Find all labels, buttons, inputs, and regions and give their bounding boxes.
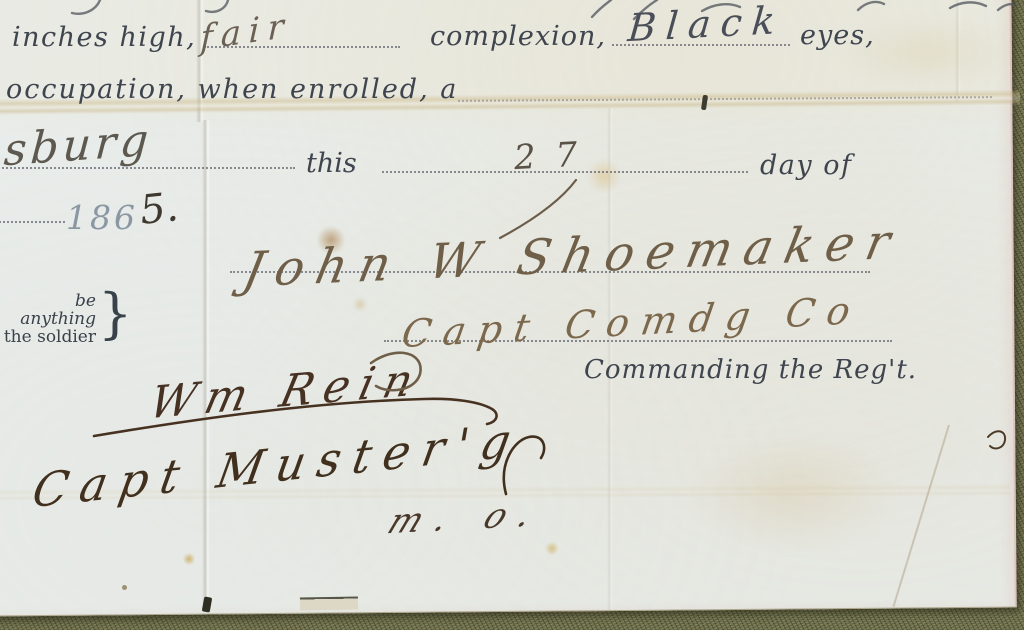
printed-this: this [306,148,357,179]
age-spot [545,542,559,555]
age-stain-patch [688,436,898,551]
printed-eyes: eyes, [800,20,875,51]
printed-day-of: day of [760,150,852,181]
printed-occupation-line: occupation, when enrolled, a [6,74,458,105]
photo-of-document: inches high, fair complexion, Black eyes… [0,0,1024,630]
margin-note-brace: } [98,282,132,345]
vertical-fold-crease [202,120,210,612]
margin-note: be anything the soldier [0,292,96,346]
entry-day: 27 [513,134,598,178]
dotted-rule [0,221,65,223]
age-spot [183,553,195,565]
entry-eyes: Black [626,0,787,50]
speck [122,585,127,590]
entry-year-digit: 5. [138,184,181,234]
printed-commanding-regt: Commanding the Reg't. [584,355,917,385]
torn-edge-sliver [300,596,358,610]
printed-inches-high: inches high, [12,22,196,53]
entry-place: sburg [2,115,154,177]
age-spot [352,298,368,311]
margin-note-line2: the soldier [0,328,96,346]
printed-year-186: 186 [66,198,138,237]
margin-note-line1: be anything [0,292,96,328]
printed-complexion: complexion, [430,21,606,52]
